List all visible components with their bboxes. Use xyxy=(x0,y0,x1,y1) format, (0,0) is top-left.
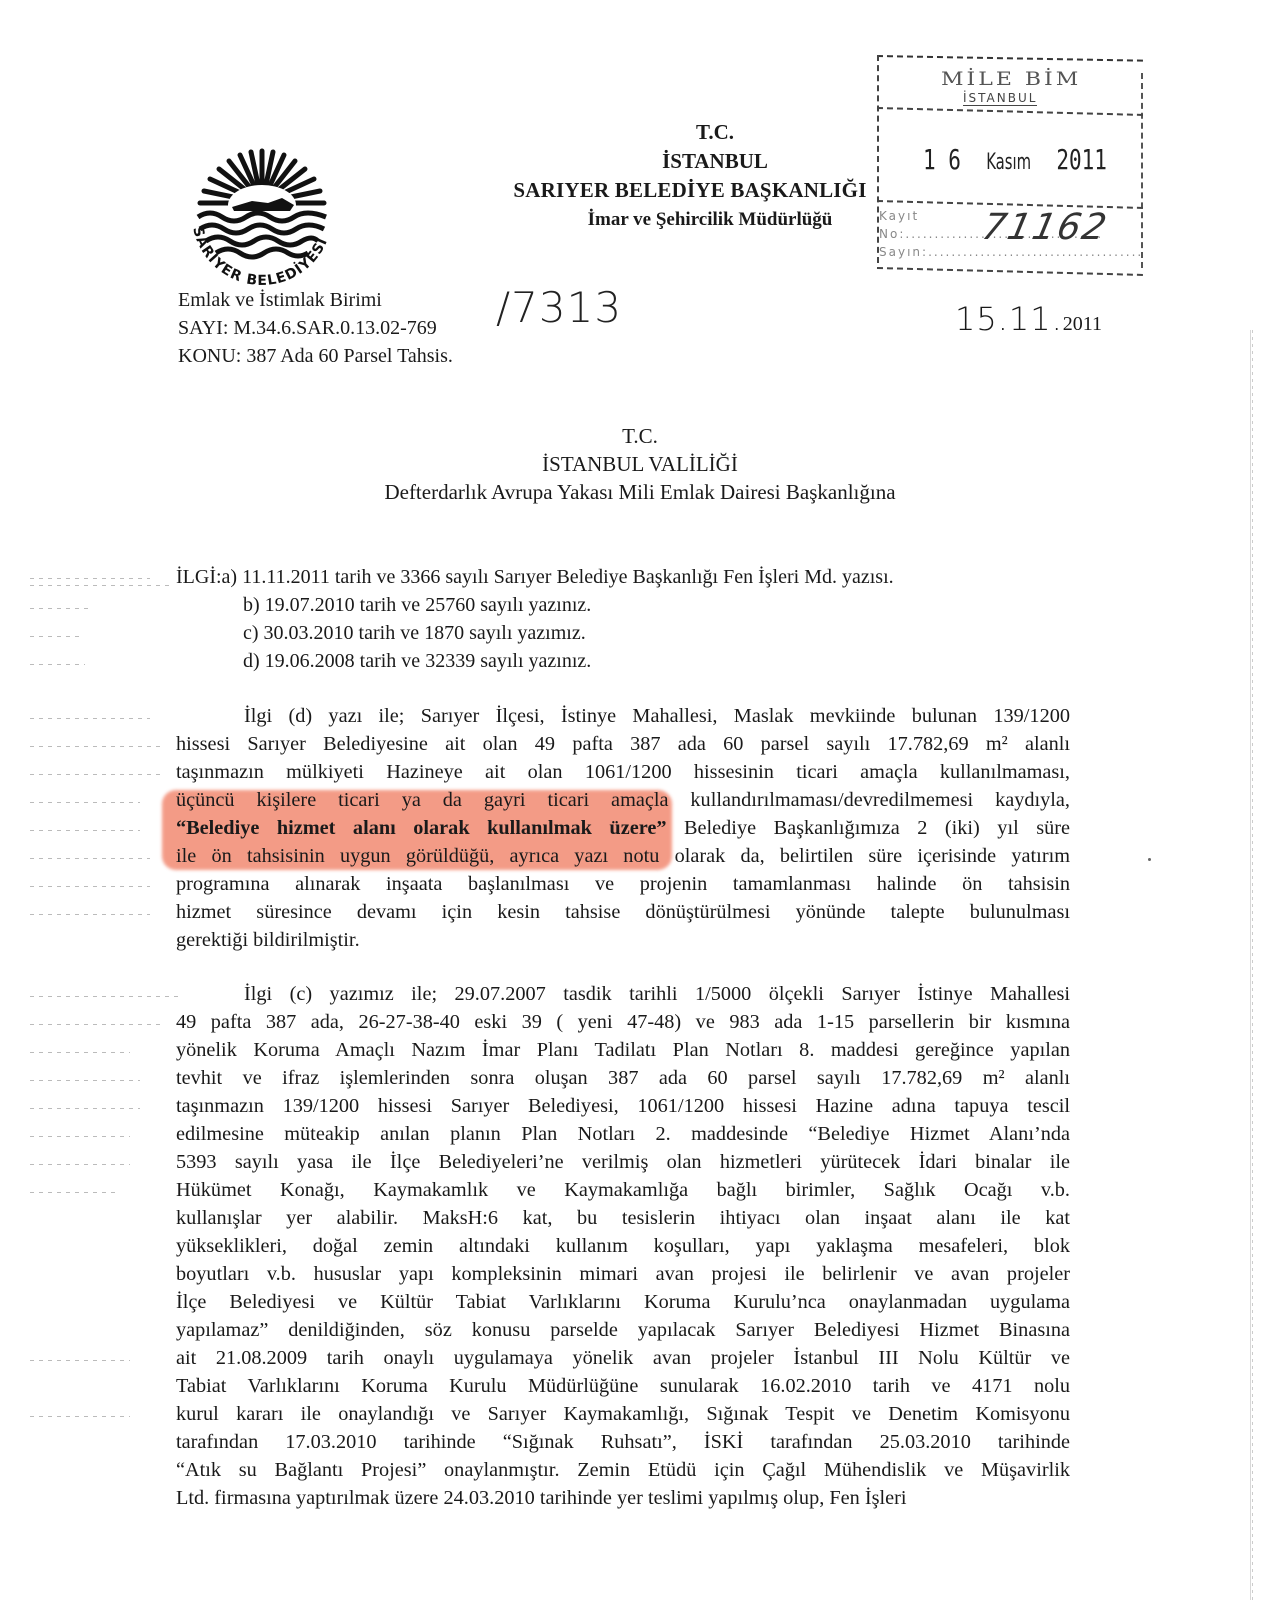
scan-noise xyxy=(30,636,80,637)
scan-dot xyxy=(1148,858,1151,861)
sariyer-municipality-logo: SARIYER BELEDİYESİ xyxy=(182,145,342,290)
scan-noise xyxy=(30,830,140,831)
stamp-city: İSTANBUL xyxy=(963,91,1037,106)
reference-a: İLGİ:a) 11.11.2011 tarih ve 3366 sayılı … xyxy=(176,563,894,591)
paragraph-line: yapılamaz” denildiğinden, söz konusu par… xyxy=(176,1316,1070,1344)
reference-c: c) 30.03.2010 tarih ve 1870 sayılı yazım… xyxy=(176,619,894,647)
page-edge xyxy=(1250,330,1251,1600)
addressee: T.C. İSTANBUL VALİLİĞİ Defterdarlık Avru… xyxy=(300,422,980,506)
paragraph-line: Ltd. firmasına yaptırılmak üzere 24.03.2… xyxy=(176,1484,1070,1512)
stamp-handwritten-number: 71162 xyxy=(979,207,1112,248)
paragraph-line: tevhit ve ifraz işlemlerinden sonra oluş… xyxy=(176,1064,1070,1092)
letterhead-department: İmar ve Şehircilik Müdürlüğü xyxy=(440,205,940,234)
paragraph-line: yükseklikleri, doğal zemin altındaki kul… xyxy=(176,1232,1070,1260)
scan-noise xyxy=(30,1024,160,1025)
letterhead-tc: T.C. xyxy=(440,118,940,147)
scan-noise xyxy=(30,858,150,859)
scan-noise xyxy=(30,1108,140,1109)
handwritten-date: 15.11. xyxy=(955,300,1063,338)
paragraph-line: gerektiği bildirilmiştir. xyxy=(176,926,1070,954)
addressee-tc: T.C. xyxy=(300,422,980,450)
scan-noise xyxy=(30,996,180,997)
references: İLGİ:a) 11.11.2011 tarih ve 3366 sayılı … xyxy=(176,563,894,675)
scan-noise xyxy=(30,608,90,609)
paragraph-line: ile ön tahsisinin uygun görüldüğü, ayrıc… xyxy=(176,842,1070,870)
scan-noise xyxy=(30,664,85,665)
paragraph-line: ait 21.08.2009 tarih onaylı uygulamaya y… xyxy=(176,1344,1070,1372)
paragraph-line: 49 pafta 387 ada, 26-27-38-40 eski 39 ( … xyxy=(176,1008,1070,1036)
addressee-office: Defterdarlık Avrupa Yakası Mili Emlak Da… xyxy=(300,478,980,506)
scan-noise xyxy=(30,1080,140,1081)
paragraph-2: İlgi (c) yazımız ile; 29.07.2007 tasdik … xyxy=(176,980,1070,1512)
paragraph-line: hissesi Sarıyer Belediyesine ait olan 49… xyxy=(176,730,1070,758)
highlighted-bold-quote: “Belediye hizmet alanı olarak kullanılma… xyxy=(176,817,667,839)
scan-noise xyxy=(30,718,150,719)
paragraph-line: edilmesine müteakip anılan planın Plan N… xyxy=(176,1120,1070,1148)
paragraph-line: 5393 sayılı yasa ile İlçe Belediyeleri’n… xyxy=(176,1148,1070,1176)
reference-d: d) 19.06.2008 tarih ve 32339 sayılı yazı… xyxy=(176,647,894,675)
paragraph-line: İlgi (c) yazımız ile; 29.07.2007 tasdik … xyxy=(176,980,1070,1008)
page-edge-dashed xyxy=(1252,330,1253,1600)
paragraph-line: İlgi (d) yazı ile; Sarıyer İlçesi, İstin… xyxy=(176,702,1070,730)
scan-noise xyxy=(30,1416,130,1417)
scan-noise xyxy=(30,802,140,803)
paragraph-line: “Atık su Bağlantı Projesi” onaylanmıştır… xyxy=(176,1456,1070,1484)
paragraph-line: “Belediye hizmet alanı olarak kullanılma… xyxy=(176,814,1070,842)
paragraph-line: kullanışlar yer alabilir. MaksH:6 kat, b… xyxy=(176,1204,1070,1232)
reference-b: b) 19.07.2010 tarih ve 25760 sayılı yazı… xyxy=(176,591,894,619)
addressee-governorship: İSTANBUL VALİLİĞİ xyxy=(300,450,980,478)
document-meta: Emlak ve İstimlak Birimi SAYI: M.34.6.SA… xyxy=(178,286,453,370)
scan-noise xyxy=(30,1192,120,1193)
paragraph-line: Tabiat Varlıklarını Koruma Kurulu Müdürl… xyxy=(176,1372,1070,1400)
meta-sayi: SAYI: M.34.6.SAR.0.13.02-769 xyxy=(178,314,453,342)
paragraph-line: yönelik Koruma Amaçlı Nazım İmar Planı T… xyxy=(176,1036,1070,1064)
scan-noise xyxy=(30,746,160,747)
scan-noise xyxy=(30,886,150,887)
scan-noise xyxy=(30,1360,130,1361)
meta-unit: Emlak ve İstimlak Birimi xyxy=(178,286,453,314)
meta-konu: KONU: 387 Ada 60 Parsel Tahsis. xyxy=(178,342,453,370)
paragraph-line: hizmet süresince devamı için kesin tahsi… xyxy=(176,898,1070,926)
document-date: 15.11.2011 xyxy=(955,300,1102,338)
scan-noise xyxy=(30,585,170,586)
scan-noise xyxy=(30,1164,130,1165)
stamp-date: 1 6 Kasım 2011 xyxy=(923,143,1107,176)
handwritten-sayi-number: /7313 xyxy=(496,294,622,322)
paragraph-1: İlgi (d) yazı ile; Sarıyer İlçesi, İstin… xyxy=(176,702,1070,954)
paragraph-line: taşınmazın mülkiyeti Hazineye ait olan 1… xyxy=(176,758,1070,786)
paragraph-line: tarafından 17.03.2010 tarihinde “Sığınak… xyxy=(176,1428,1070,1456)
paragraph-line: kurul kararı ile onaylandığı ve Sarıyer … xyxy=(176,1400,1070,1428)
scan-noise xyxy=(30,1136,130,1137)
stamp-name: MİLE BİM xyxy=(941,69,1081,90)
paragraph-line: üçüncü kişilere ticari ya da gayri ticar… xyxy=(176,786,1070,814)
received-stamp: MİLE BİM İSTANBUL 1 6 Kasım 2011 Kayıt N… xyxy=(873,55,1145,270)
paragraph-line: Hükümet Konağı, Kaymakamlık ve Kaymakaml… xyxy=(176,1176,1070,1204)
paragraph-line: İlçe Belediyesi ve Kültür Tabiat Varlıkl… xyxy=(176,1288,1070,1316)
paragraph-line: boyutları v.b. hususlar yapı kompleksini… xyxy=(176,1260,1070,1288)
paragraph-line: programına alınarak inşaata başlanılması… xyxy=(176,870,1070,898)
letterhead-city: İSTANBUL xyxy=(440,147,940,176)
paragraph-line: taşınmazın 139/1200 hissesi Sarıyer Bele… xyxy=(176,1092,1070,1120)
letterhead: T.C. İSTANBUL SARIYER BELEDİYE BAŞKANLIĞ… xyxy=(440,118,940,234)
scan-noise xyxy=(30,578,150,579)
scan-noise xyxy=(30,774,160,775)
scan-noise xyxy=(30,914,150,915)
scan-noise xyxy=(30,1052,130,1053)
letterhead-institution: SARIYER BELEDİYE BAŞKANLIĞI xyxy=(440,176,940,205)
